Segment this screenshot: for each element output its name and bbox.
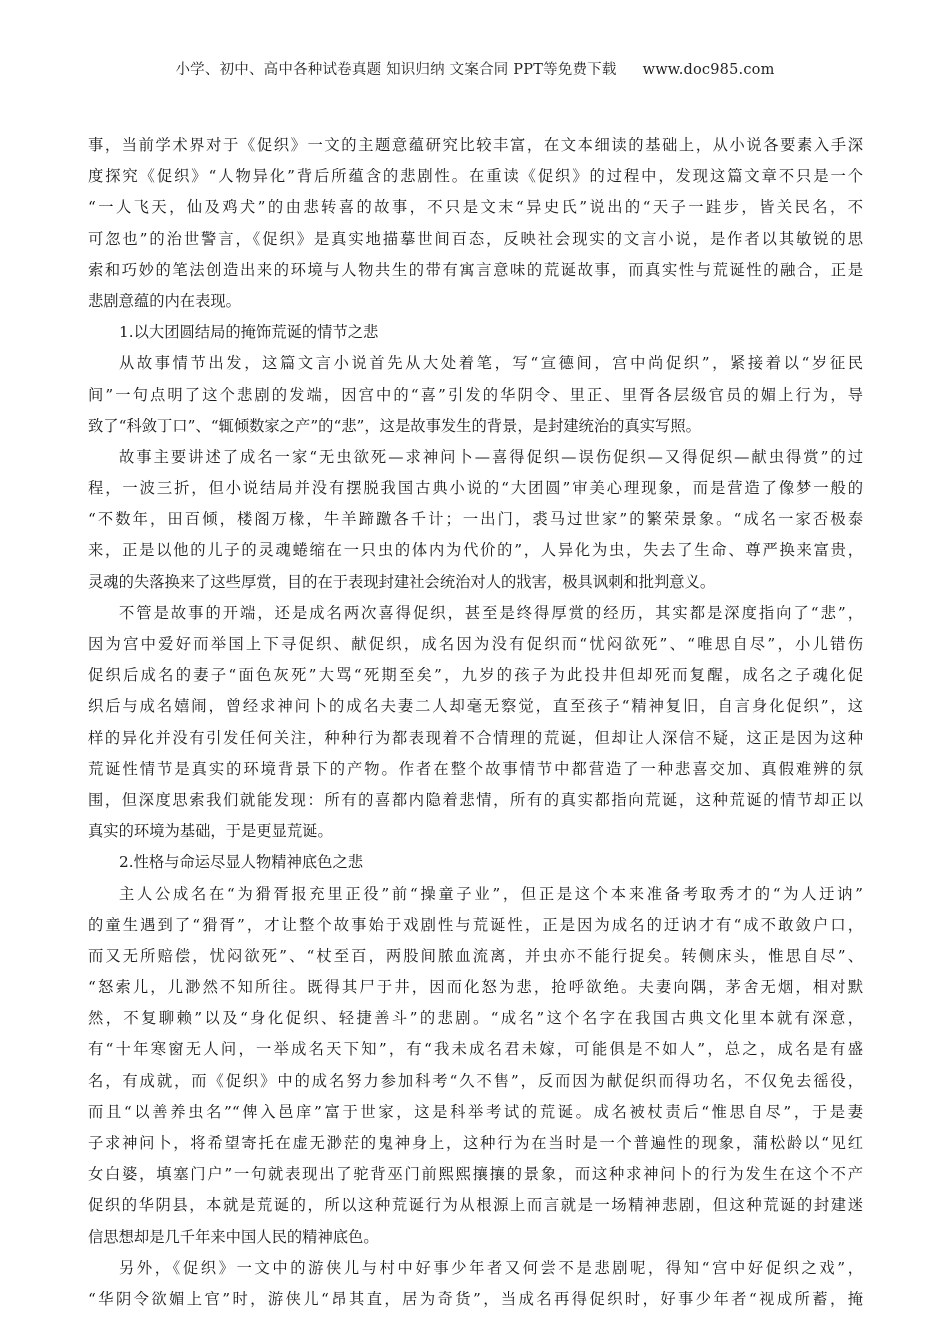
paragraph-line: 围，但深度思索我们就能发现：所有的喜都内隐着悲情，所有的真实都指向荒诞，这种荒诞… — [88, 785, 863, 816]
paragraph-line: 度探究《促织》“人物异化”背后所蕴含的悲剧性。在重读《促织》的过程中，发现这篇文… — [88, 161, 863, 192]
paragraph-line: 可忽也”的治世警言，《促织》是真实地描摹世间百态，反映社会现实的文言小说，是作者… — [88, 224, 863, 255]
paragraph-line: 有“十年寒窗无人问，一举成名天下知”，有“我未成名君未嫁，可能俱是不如人”，总之… — [88, 1034, 863, 1065]
paragraph-line: 样的异化并没有引发任何关注，种种行为都表现着不合情理的荒诞，但却让人深信不疑，这… — [88, 723, 863, 754]
paragraph-line: 程，一波三折，但小说结局并没有摆脱我国古典小说的“大团圆”审美心理现象，而是营造… — [88, 473, 863, 504]
document-body: 事，当前学术界对于《促织》一文的主题意蕴研究比较丰富，在文本细读的基础上，从小说… — [88, 130, 863, 1315]
paragraph-line: 织后与成名嬉闹，曾经求神问卜的成名夫妻二人却毫无察觉，直至孩子“精神复旧，自言身… — [88, 691, 863, 722]
paragraph: 不管是故事的开端，还是成名两次喜得促织，甚至是终得厚赏的经历，其实都是深度指向了… — [88, 598, 863, 848]
section-heading: 1.以大团圆结局的掩饰荒诞的情节之悲 — [88, 317, 863, 348]
paragraph-line: 真实的环境为基础，于是更显荒诞。 — [88, 816, 863, 847]
header-site-url: www.doc985.com — [643, 62, 775, 78]
paragraph-line: “怒索儿，儿渺然不知所往。既得其尸于井，因而化怒为悲，抢呼欲绝。夫妻向隅，茅舍无… — [88, 972, 863, 1003]
paragraph-line: 名，有成就，而《促织》中的成名努力参加科考“久不售”，反而因为献促织而得功名，不… — [88, 1066, 863, 1097]
paragraph-line: “一人飞天，仙及鸡犬”的由悲转喜的故事，不只是文末“异史氏”说出的“天子一跬步，… — [88, 192, 863, 223]
paragraph-line: “不数年，田百倾，楼阁万椽，牛羊蹄躈各千计；一出门，裘马过世家”的繁荣景象。“成… — [88, 504, 863, 535]
paragraph-line: 促织后成名的妻子“面色灰死”大骂“死期至矣”，九岁的孩子为此投井但却死而复醒，成… — [88, 660, 863, 691]
paragraph-line: 荒诞性情节是真实的环境背景下的产物。作者在整个故事情节中都营造了一种悲喜交加、真… — [88, 754, 863, 785]
paragraph-line: 来，正是以他的儿子的灵魂蜷缩在一只虫的体内为代价的”，人异化为虫，失去了生命、尊… — [88, 535, 863, 566]
paragraph: 另外，《促织》一文中的游侠儿与村中好事少年者又何尝不是悲剧呢，得知“宫中好促织之… — [88, 1253, 863, 1315]
paragraph-line: 促织的华阴县，本就是荒诞的，所以这种荒诞行为从根源上而言就是一场精神悲剧，但这种… — [88, 1190, 863, 1221]
paragraph-line: 因为宫中爱好而举国上下寻促织、献促织，成名因为没有促织而“忧闷欲死”、“唯思自尽… — [88, 629, 863, 660]
paragraph-line: 而又无所赔偿，忧闷欲死”、“杖至百，两股间脓血流离，并虫亦不能行捉矣。转侧床头，… — [88, 941, 863, 972]
paragraph-line: 不管是故事的开端，还是成名两次喜得促织，甚至是终得厚赏的经历，其实都是深度指向了… — [88, 598, 863, 629]
paragraph: 主人公成名在“为猾胥报充里正役”前“操童子业”，但正是这个本来准备考取秀才的“为… — [88, 879, 863, 1253]
paragraph-line: 索和巧妙的笔法创造出来的环境与人物共生的带有寓言意味的荒诞故事，而真实性与荒诞性… — [88, 255, 863, 286]
paragraph-line: 故事主要讲述了成名一家“无虫欲死—求神问卜—喜得促织—误伤促织—又得促织—献虫得… — [88, 442, 863, 473]
paragraph-line: 间”一句点明了这个悲剧的发端，因宫中的“喜”引发的华阴令、里正、里胥各层级官员的… — [88, 380, 863, 411]
page-header: 小学、初中、高中各种试卷真题 知识归纳 文案合同 PPT等免费下载www.doc… — [0, 58, 950, 79]
paragraph-line: 事，当前学术界对于《促织》一文的主题意蕴研究比较丰富，在文本细读的基础上，从小说… — [88, 130, 863, 161]
section-heading: 2.性格与命运尽显人物精神底色之悲 — [88, 847, 863, 878]
paragraph-line: 女白婆，填塞门户”一句就表现出了驼背巫门前熙熙攘攘的景象，而这种求神问卜的行为发… — [88, 1159, 863, 1190]
paragraph-line: 的童生遇到了“猾胥”，才让整个故事始于戏剧性与荒诞性，正是因为成名的迂讷才有“成… — [88, 910, 863, 941]
paragraph-line: 然，不复聊赖”以及“身化促织、轻捷善斗”的悲剧。“成名”这个名字在我国古典文化里… — [88, 1003, 863, 1034]
paragraph-line: 悲剧意蕴的内在表现。 — [88, 286, 863, 317]
paragraph-line: 主人公成名在“为猾胥报充里正役”前“操童子业”，但正是这个本来准备考取秀才的“为… — [88, 879, 863, 910]
paragraph-line: 信思想却是几千年来中国人民的精神底色。 — [88, 1222, 863, 1253]
paragraph: 故事主要讲述了成名一家“无虫欲死—求神问卜—喜得促织—误伤促织—又得促织—献虫得… — [88, 442, 863, 598]
paragraph-line: 从故事情节出发，这篇文言小说首先从大处着笔，写“宣德间，宫中尚促织”，紧接着以“… — [88, 348, 863, 379]
paragraph-line: 灵魂的失落换来了这些厚赏，目的在于表现封建社会统治对人的戕害，极具讽刺和批判意义… — [88, 567, 863, 598]
paragraph-line: 另外，《促织》一文中的游侠儿与村中好事少年者又何尝不是悲剧呢，得知“宫中好促织之… — [88, 1253, 863, 1284]
paragraph-line: 致了“科敛丁口”、“辄倾数家之产”的“悲”，这是故事发生的背景，是封建统治的真实… — [88, 411, 863, 442]
paragraph-line: 而且“以善养虫名”“俾入邑庠”富于世家，这是科举考试的荒诞。成名被杖责后“惟思自… — [88, 1097, 863, 1128]
paragraph-line: 子求神问卜，将希望寄托在虚无渺茫的鬼神身上，这种行为在当时是一个普遍性的现象，蒲… — [88, 1128, 863, 1159]
paragraph-line: “华阴令欲媚上官”时，游侠儿“昂其直，居为奇货”，当成名再得促织时，好事少年者“… — [88, 1284, 863, 1315]
paragraph: 事，当前学术界对于《促织》一文的主题意蕴研究比较丰富，在文本细读的基础上，从小说… — [88, 130, 863, 317]
paragraph: 从故事情节出发，这篇文言小说首先从大处着笔，写“宣德间，宫中尚促织”，紧接着以“… — [88, 348, 863, 442]
header-tagline: 小学、初中、高中各种试卷真题 知识归纳 文案合同 PPT等免费下载 — [175, 62, 616, 78]
